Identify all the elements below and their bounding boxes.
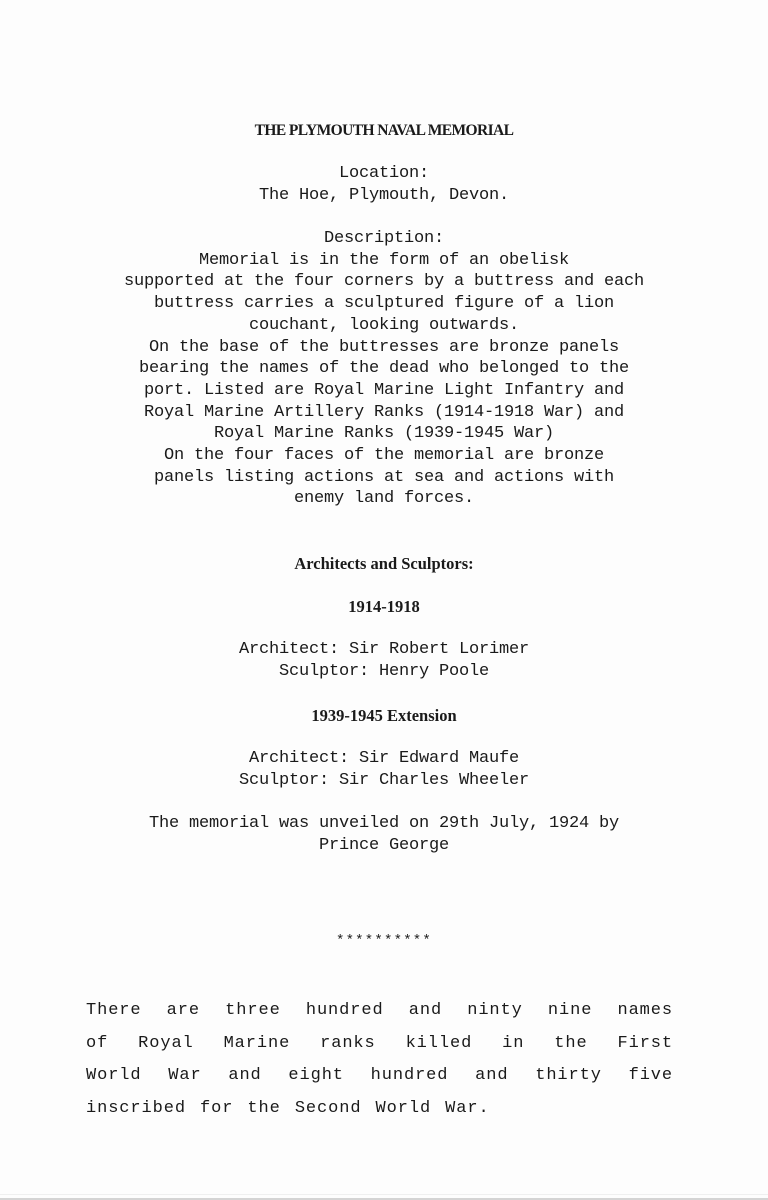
description-line: Royal Marine Ranks (1939-1945 War) (0, 423, 768, 445)
description-line: Memorial is in the form of an obelisk (0, 250, 768, 272)
description-line: couchant, looking outwards. (0, 315, 768, 337)
credits-1914-1918: Architect: Sir Robert Lorimer Sculptor: … (0, 639, 768, 682)
unveiling-note: The memorial was unveiled on 29th July, … (0, 813, 768, 856)
unveiling-line: Prince George (0, 835, 768, 857)
description-line: On the base of the buttresses are bronze… (0, 337, 768, 359)
architect-credit: Architect: Sir Edward Maufe (0, 748, 768, 770)
description-line: port. Listed are Royal Marine Light Infa… (0, 380, 768, 402)
description-line: buttress carries a sculptured figure of … (0, 293, 768, 315)
description-line: On the four faces of the memorial are br… (0, 445, 768, 467)
description-label: Description: (0, 228, 768, 250)
period-heading-1914-1918: 1914-1918 (0, 596, 768, 618)
unveiling-line: The memorial was unveiled on 29th July, … (0, 813, 768, 835)
casualty-count-paragraph: There are three hundred and ninty nine n… (86, 995, 673, 1125)
description-line: enemy land forces. (0, 488, 768, 510)
document-page: THE PLYMOUTH NAVAL MEMORIAL Location: Th… (0, 0, 768, 1198)
paragraph-line: inscribed for the Second World War. (86, 1093, 673, 1126)
period-heading-1939-1945: 1939-1945 Extension (0, 705, 768, 727)
description-section: Description: Memorial is in the form of … (0, 228, 768, 510)
location-value: The Hoe, Plymouth, Devon. (0, 185, 768, 207)
architect-credit: Architect: Sir Robert Lorimer (0, 639, 768, 661)
sculptor-credit: Sculptor: Henry Poole (0, 661, 768, 683)
page-edge-line (0, 1194, 768, 1195)
document-title: THE PLYMOUTH NAVAL MEMORIAL (0, 120, 768, 142)
paragraph-line: World War and eight hundred and thirty f… (86, 1060, 673, 1093)
paragraph-line: There are three hundred and ninty nine n… (86, 995, 673, 1028)
description-line: supported at the four corners by a buttr… (0, 271, 768, 293)
credits-1939-1945: Architect: Sir Edward Maufe Sculptor: Si… (0, 748, 768, 791)
description-line: bearing the names of the dead who belong… (0, 358, 768, 380)
location-section: Location: The Hoe, Plymouth, Devon. (0, 163, 768, 206)
sculptor-credit: Sculptor: Sir Charles Wheeler (0, 770, 768, 792)
description-line: Royal Marine Artillery Ranks (1914-1918 … (0, 402, 768, 424)
description-line: panels listing actions at sea and action… (0, 467, 768, 489)
separator-asterisks: ********** (0, 931, 768, 953)
location-label: Location: (0, 163, 768, 185)
paragraph-line: of Royal Marine ranks killed in the Firs… (86, 1028, 673, 1061)
architects-heading: Architects and Sculptors: (0, 553, 768, 575)
